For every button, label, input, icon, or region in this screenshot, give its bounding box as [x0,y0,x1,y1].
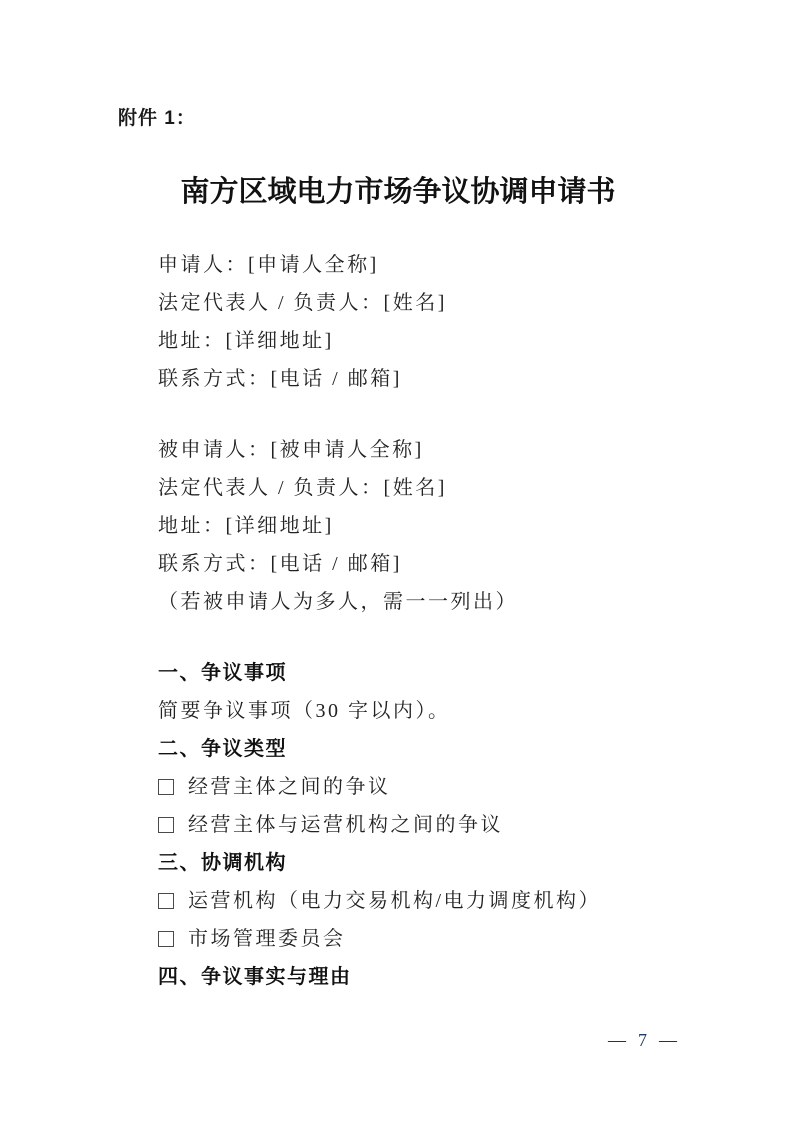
sections-block: 一、争议事项 简要争议事项（30 字以内）。 二、争议类型 经营主体之间的争议 … [158,654,794,996]
coordination-org-option-1: 运营机构（电力交易机构/电力调度机构） [158,882,794,920]
dispute-type-option-1: 经营主体之间的争议 [158,768,794,806]
section3-heading: 三、协调机构 [158,844,794,882]
page-number-right-dash: — [659,1030,677,1050]
applicant-address-line: 地址：[详细地址] [158,322,794,360]
page-number-left-dash: — [608,1030,626,1050]
section4-heading: 四、争议事实与理由 [158,958,794,996]
applicant-representative-line: 法定代表人 / 负责人：[姓名] [158,284,794,322]
block-spacer [118,398,794,431]
page-number-footer: —7— [608,1028,677,1052]
document-title: 南方区域电力市场争议协调申请书 [118,170,678,214]
dispute-type-option-2: 经营主体与运营机构之间的争议 [158,806,794,844]
applicant-name-line: 申请人：[申请人全称] [158,246,794,284]
respondent-name-line: 被申请人：[被申请人全称] [158,431,794,469]
respondent-block: 被申请人：[被申请人全称] 法定代表人 / 负责人：[姓名] 地址：[详细地址]… [158,431,794,621]
block-spacer [118,621,794,654]
attachment-label: 附件 1： [118,105,794,132]
applicant-block: 申请人：[申请人全称] 法定代表人 / 负责人：[姓名] 地址：[详细地址] 联… [158,246,794,398]
section2-heading: 二、争议类型 [158,730,794,768]
checkbox-icon [158,931,174,947]
dispute-type-option-1-label: 经营主体之间的争议 [188,768,391,806]
checkbox-icon [158,779,174,795]
respondent-contact-line: 联系方式：[电话 / 邮箱] [158,545,794,583]
page-number: 7 [626,1030,659,1050]
checkbox-icon [158,893,174,909]
section1-body: 简要争议事项（30 字以内）。 [158,692,794,730]
respondent-address-line: 地址：[详细地址] [158,507,794,545]
checkbox-icon [158,817,174,833]
section1-heading: 一、争议事项 [158,654,794,692]
coordination-org-option-2-label: 市场管理委员会 [188,920,346,958]
respondent-representative-line: 法定代表人 / 负责人：[姓名] [158,469,794,507]
coordination-org-option-2: 市场管理委员会 [158,920,794,958]
respondent-note-line: （若被申请人为多人，需一一列出） [158,583,794,621]
document-page: 附件 1： 南方区域电力市场争议协调申请书 申请人：[申请人全称] 法定代表人 … [0,0,794,1123]
document-content: 附件 1： 南方区域电力市场争议协调申请书 申请人：[申请人全称] 法定代表人 … [0,0,794,996]
dispute-type-option-2-label: 经营主体与运营机构之间的争议 [188,806,503,844]
coordination-org-option-1-label: 运营机构（电力交易机构/电力调度机构） [188,882,601,920]
applicant-contact-line: 联系方式：[电话 / 邮箱] [158,360,794,398]
